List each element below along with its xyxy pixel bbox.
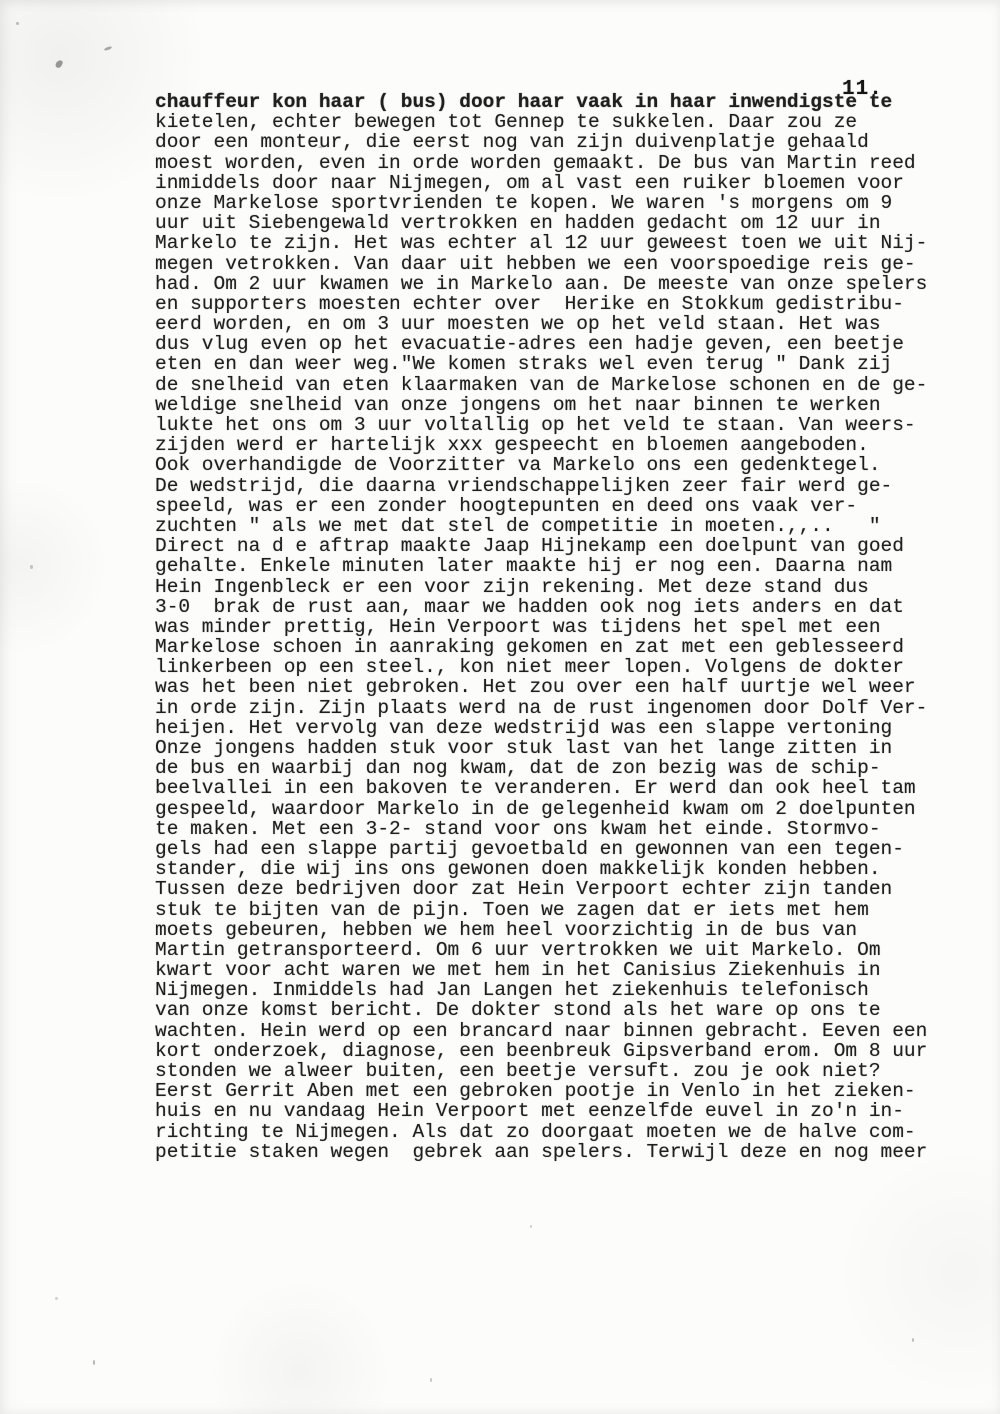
text-line: uur uit Siebengewald vertrokken en hadde… bbox=[155, 213, 955, 233]
typewritten-body-text: chauffeur kon haar ( bus) door haar vaak… bbox=[155, 92, 955, 1162]
text-line: lukte het ons om 3 uur voltallig op het … bbox=[155, 415, 955, 435]
text-line: gehalte. Enkele minuten later maakte hij… bbox=[155, 556, 955, 576]
dust-speck-artifact bbox=[55, 1297, 58, 1300]
dust-speck-artifact bbox=[16, 22, 19, 25]
text-line: was het been niet gebroken. Het zou over… bbox=[155, 677, 955, 697]
text-line: moets gebeuren, hebben we hem heel voorz… bbox=[155, 920, 955, 940]
text-line: eten en dan weer weg."We komen straks we… bbox=[155, 354, 955, 374]
text-line: gespeeld, waardoor Markelo in de gelegen… bbox=[155, 799, 955, 819]
text-line: van onze komst bericht. De dokter stond … bbox=[155, 1000, 955, 1020]
text-line: en supporters moesten echter over Herike… bbox=[155, 294, 955, 314]
text-line: huis en nu vandaag Hein Verpoort met een… bbox=[155, 1101, 955, 1121]
dust-speck-artifact bbox=[30, 565, 33, 569]
text-line: 3-0 brak de rust aan, maar we hadden ook… bbox=[155, 597, 955, 617]
text-line: Markelose schoen in aanraking gekomen en… bbox=[155, 637, 955, 657]
text-line: Tussen deze bedrijven door zat Hein Verp… bbox=[155, 879, 955, 899]
text-line: Markelo te zijn. Het was echter al 12 uu… bbox=[155, 233, 955, 253]
text-line: Ook overhandigde de Voorzitter va Markel… bbox=[155, 455, 955, 475]
text-line: richting te Nijmegen. Als dat zo doorgaa… bbox=[155, 1122, 955, 1142]
text-line: gels had een slappe partij gevoetbald en… bbox=[155, 839, 955, 859]
text-line: megen vetrokken. Van daar uit hebben we … bbox=[155, 254, 955, 274]
text-line: de snelheid van eten klaarmaken van de M… bbox=[155, 375, 955, 395]
text-line: Eerst Gerrit Aben met een gebroken pootj… bbox=[155, 1081, 955, 1101]
text-line: Martin getransporteerd. Om 6 uur vertrok… bbox=[155, 940, 955, 960]
text-line: kietelen, echter bewegen tot Gennep te s… bbox=[155, 112, 955, 132]
text-line: moest worden, even in orde worden gemaak… bbox=[155, 153, 955, 173]
scanned-document-page: 11. chauffeur kon haar ( bus) door haar … bbox=[0, 0, 1000, 1414]
text-line: wachten. Hein werd op een brancard naar … bbox=[155, 1021, 955, 1041]
text-line: had. Om 2 uur kwamen we in Markelo aan. … bbox=[155, 274, 955, 294]
text-line: Hein Ingenbleck er een voor zijn rekenin… bbox=[155, 577, 955, 597]
text-line: Onze jongens hadden stuk voor stuk last … bbox=[155, 738, 955, 758]
text-line: weldige snelheid van onze jongens om het… bbox=[155, 395, 955, 415]
text-line: linkerbeen op een steel., kon niet meer … bbox=[155, 657, 955, 677]
text-line: speeld, was er een zonder hoogtepunten e… bbox=[155, 496, 955, 516]
text-line: beelvallei in een bakoven te veranderen.… bbox=[155, 778, 955, 798]
text-line: dus vlug even op het evacuatie-adres een… bbox=[155, 334, 955, 354]
text-line: stuk te bijten van de pijn. Toen we zage… bbox=[155, 900, 955, 920]
text-line: heijen. Het vervolg van deze wedstrijd w… bbox=[155, 718, 955, 738]
text-line: zijden werd er hartelijk xxx gespeecht e… bbox=[155, 435, 955, 455]
dust-speck-artifact bbox=[93, 1360, 95, 1365]
dust-speck-artifact bbox=[530, 1225, 532, 1228]
text-line: Nijmegen. Inmiddels had Jan Langen het z… bbox=[155, 980, 955, 1000]
ink-smudge-artifact bbox=[55, 59, 64, 69]
text-line: onze Markelose sportvrienden te kopen. W… bbox=[155, 193, 955, 213]
text-line: Direct na d e aftrap maakte Jaap Hijneka… bbox=[155, 536, 955, 556]
text-line: stonden we alweer buiten, een beetje ver… bbox=[155, 1061, 955, 1081]
text-line: de bus en waarbij dan nog kwam, dat de z… bbox=[155, 758, 955, 778]
text-line: door een monteur, die eerst nog van zijn… bbox=[155, 132, 955, 152]
text-line: De wedstrijd, die daarna vriendschappeli… bbox=[155, 476, 955, 496]
text-line: in orde zijn. Zijn plaats werd na de rus… bbox=[155, 698, 955, 718]
text-line: stander, die wij ins ons gewonen doen ma… bbox=[155, 859, 955, 879]
text-line: eerd worden, en om 3 uur moesten we op h… bbox=[155, 314, 955, 334]
dust-speck-artifact bbox=[912, 1338, 914, 1342]
text-line: was minder prettig, Hein Verpoort was ti… bbox=[155, 617, 955, 637]
text-line: petitie staken wegen gebrek aan spelers.… bbox=[155, 1142, 955, 1162]
text-line: inmiddels door naar Nijmegen, om al vast… bbox=[155, 173, 955, 193]
text-line: chauffeur kon haar ( bus) door haar vaak… bbox=[155, 92, 955, 112]
dust-speck-artifact bbox=[430, 1378, 432, 1382]
text-line: zuchten " als we met dat stel de competi… bbox=[155, 516, 955, 536]
text-line: te maken. Met een 3-2- stand voor ons kw… bbox=[155, 819, 955, 839]
text-line: kort onderzoek, diagnose, een beenbreuk … bbox=[155, 1041, 955, 1061]
text-line: kwart voor acht waren we met hem in het … bbox=[155, 960, 955, 980]
ink-smudge-artifact bbox=[104, 46, 113, 52]
